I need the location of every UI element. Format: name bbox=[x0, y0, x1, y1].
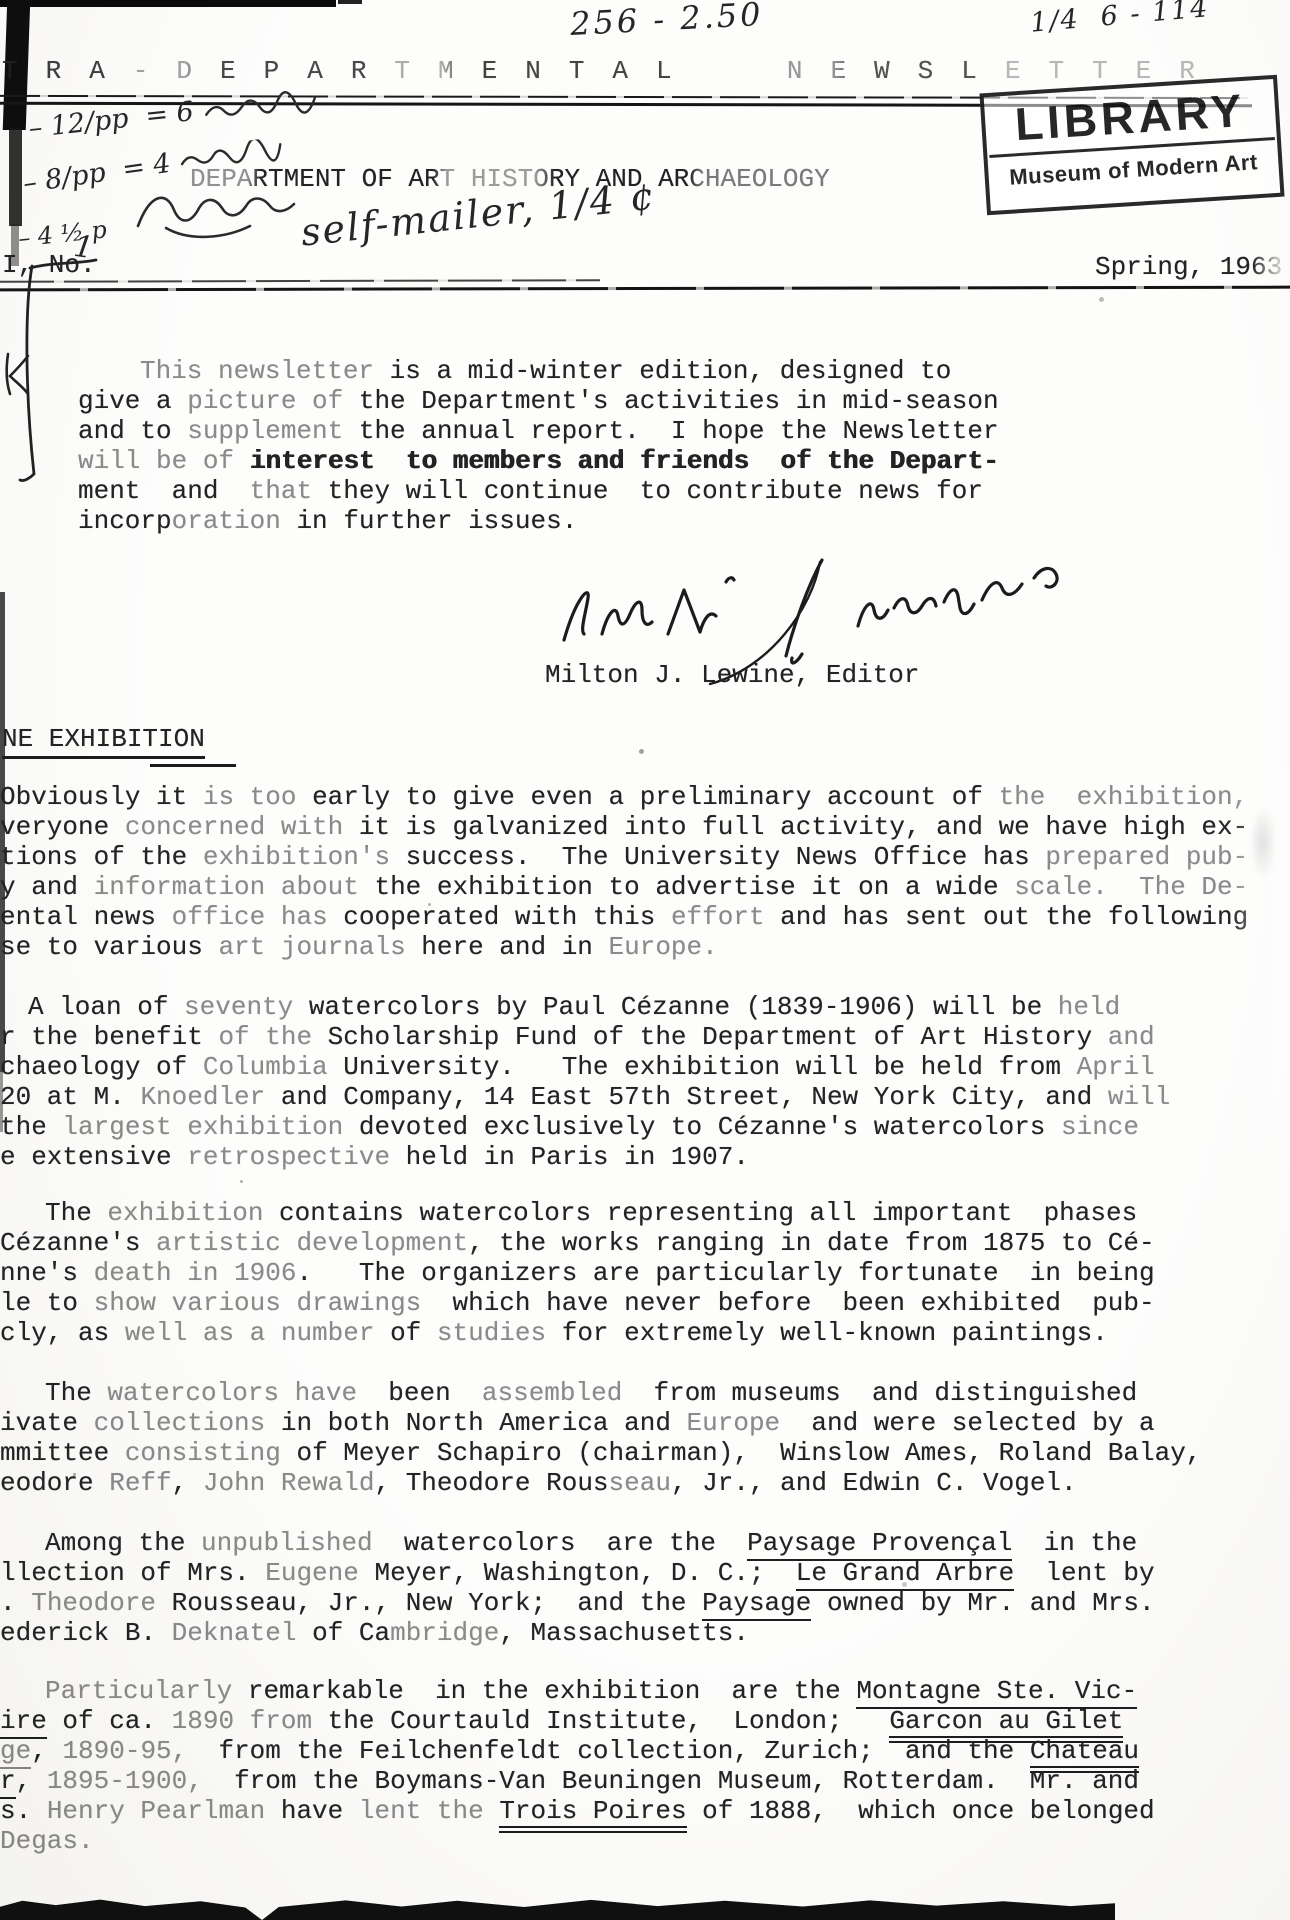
typed-segment: office has bbox=[172, 902, 328, 932]
typed-segment: and bbox=[1108, 1022, 1155, 1052]
typed-line: and to supplement the annual report. I h… bbox=[78, 416, 1088, 446]
typed-line: incorporation in further issues. bbox=[78, 506, 1088, 536]
handwritten-price-note: 256 - 2.50 bbox=[569, 0, 764, 43]
typed-segment: remarkable in the exhibition are the bbox=[232, 1676, 856, 1706]
typed-segment: collections bbox=[94, 1408, 266, 1438]
typed-segment: r the benefit bbox=[0, 1022, 218, 1052]
typed-segment: John Rewald bbox=[203, 1468, 375, 1498]
typed-line: veryone concerned with it is galvanized … bbox=[0, 812, 1290, 842]
typed-segment: concerned with bbox=[125, 812, 343, 842]
typed-segment: Obviously it bbox=[0, 782, 203, 812]
typed-segment: in both North America and bbox=[265, 1408, 686, 1438]
typed-line: This newsletter is a mid-winter edition,… bbox=[78, 356, 1088, 386]
typed-line: ental news office has cooperated with th… bbox=[0, 902, 1290, 932]
typed-segment: since bbox=[1061, 1112, 1139, 1142]
typed-segment: Meyer, Washington, D. C.; bbox=[359, 1558, 796, 1588]
typed-segment: consisting bbox=[125, 1438, 281, 1468]
typed-segment: Europe bbox=[687, 1408, 781, 1438]
typed-segment: ge bbox=[0, 1736, 31, 1769]
typed-segment: that bbox=[250, 476, 312, 506]
typed-segment: in further issues. bbox=[281, 506, 577, 536]
typed-segment: Deknatel bbox=[172, 1618, 297, 1648]
typed-segment: Mr. and bbox=[1030, 1766, 1139, 1796]
typed-segment: will bbox=[1108, 1082, 1170, 1112]
typed-segment: oration bbox=[172, 506, 281, 536]
typed-segment: Trois Poires bbox=[499, 1796, 686, 1833]
typed-segment: success. The University News Office has bbox=[390, 842, 1045, 872]
typed-segment: 1890 from bbox=[172, 1706, 312, 1736]
typed-segment: information about bbox=[94, 872, 359, 902]
body-paragraph-2: A loan of seventy watercolors by Paul Cé… bbox=[0, 992, 1290, 1172]
typed-segment: well as a number bbox=[125, 1318, 375, 1348]
typed-segment: owned by Mr. and Mrs. bbox=[811, 1588, 1154, 1618]
typed-line: Obviously it is too early to give even a… bbox=[0, 782, 1290, 812]
typed-segment: Eugene bbox=[265, 1558, 359, 1588]
typed-segment: it is galvanized into full activity, and… bbox=[343, 812, 1248, 842]
typed-segment: scale. The De- bbox=[1014, 872, 1248, 902]
typed-line: The watercolors have been assembled from… bbox=[0, 1378, 1290, 1408]
typed-segment: The bbox=[45, 1198, 107, 1228]
typed-segment: April bbox=[1077, 1052, 1155, 1082]
typed-line: ire of ca. 1890 from the Courtauld Insti… bbox=[0, 1706, 1290, 1736]
typed-segment: devoted exclusively to Cézanne's waterco… bbox=[343, 1112, 1061, 1142]
typed-line: the largest exhibition devoted exclusive… bbox=[0, 1112, 1290, 1142]
typed-segment: ivate bbox=[0, 1408, 94, 1438]
typed-segment: unpublished bbox=[201, 1528, 373, 1558]
header-rule-lower bbox=[0, 286, 1290, 292]
typed-segment: , Massachusetts. bbox=[499, 1618, 749, 1648]
typed-segment: exhibition bbox=[107, 1198, 263, 1228]
typed-line: cly, as well as a number of studies for … bbox=[0, 1318, 1290, 1348]
typed-line: . Theodore Rousseau, Jr., New York; and … bbox=[0, 1588, 1290, 1618]
typed-segment: artistic development bbox=[156, 1228, 468, 1258]
typed-line: ederick B. Deknatel of Cambridge, Massac… bbox=[0, 1618, 1290, 1648]
typed-line: y and information about the exhibition t… bbox=[0, 872, 1290, 902]
body-paragraph-5: Among the unpublished watercolors are th… bbox=[0, 1528, 1290, 1648]
typed-line: Particularly remarkable in the exhibitio… bbox=[0, 1676, 1290, 1706]
typed-segment: nne's bbox=[0, 1258, 94, 1288]
typed-segment: and Company, 14 East 57th Street, New Yo… bbox=[265, 1082, 1108, 1112]
typed-segment: of Ca bbox=[296, 1618, 390, 1648]
body-paragraph-6: Particularly remarkable in the exhibitio… bbox=[0, 1676, 1290, 1856]
typed-segment: the exhibition to advertise it on a wide bbox=[359, 872, 1014, 902]
dust-specks bbox=[0, 0, 3, 3]
typed-segment: r bbox=[0, 1766, 16, 1799]
library-stamp: LIBRARY Museum of Modern Art bbox=[979, 75, 1284, 215]
typed-segment: ental news bbox=[0, 902, 172, 932]
typed-segment: from museums and distinguished bbox=[622, 1378, 1137, 1408]
typed-segment: . bbox=[0, 1588, 31, 1618]
typed-line: nne's death in 1906. The organizers are … bbox=[0, 1258, 1290, 1288]
typed-segment: Degas. bbox=[0, 1826, 94, 1856]
typed-segment: is a mid-winter edition, designed to bbox=[374, 356, 951, 386]
typed-segment: for extremely well-known paintings. bbox=[546, 1318, 1108, 1348]
typed-segment: exhibition's bbox=[203, 842, 390, 872]
typed-segment: chaeology of bbox=[0, 1052, 203, 1082]
typed-segment: , Theodore Rous bbox=[375, 1468, 609, 1498]
typed-segment: of ca. bbox=[47, 1706, 172, 1736]
typed-segment: watercolors by Paul Cézanne (1839-1906) … bbox=[293, 992, 1058, 1022]
typed-segment: e extensive bbox=[0, 1142, 187, 1172]
typed-segment: of Meyer Schapiro (chairman), Winslow Am… bbox=[281, 1438, 1202, 1468]
typed-segment: eodore bbox=[0, 1468, 109, 1498]
body-paragraph-3: The exhibition contains watercolors repr… bbox=[0, 1198, 1290, 1348]
typed-segment: lent by bbox=[1014, 1558, 1154, 1588]
typed-segment: ment and bbox=[78, 476, 250, 506]
typed-segment: supplement bbox=[187, 416, 343, 446]
typed-segment: give a bbox=[78, 386, 187, 416]
typed-segment: from the Boymans-Van Beuningen Museum, R… bbox=[203, 1766, 1030, 1796]
typed-segment: incorp bbox=[78, 506, 172, 536]
typed-segment: Among the bbox=[45, 1528, 201, 1558]
typed-segment: show various drawings bbox=[94, 1288, 422, 1318]
typed-segment: Le Grand Arbre bbox=[796, 1558, 1014, 1591]
typed-segment: A loan of bbox=[28, 992, 184, 1022]
scan-edge-artifact bbox=[9, 128, 22, 226]
typed-segment: Theodore bbox=[31, 1588, 156, 1618]
typed-segment: Europe. bbox=[609, 932, 718, 962]
typed-segment: Scholarship Fund of the Department of Ar… bbox=[312, 1022, 1108, 1052]
typed-line: ivate collections in both North America … bbox=[0, 1408, 1290, 1438]
typed-line: will be of interest to members and frien… bbox=[78, 446, 1088, 476]
typed-segment: Paysage bbox=[702, 1588, 811, 1621]
typed-line: r, 1895-1900, from the Boymans-Van Beuni… bbox=[0, 1766, 1290, 1796]
editor-byline: Milton J. Lewine, Editor bbox=[545, 660, 919, 690]
typed-segment: seau bbox=[609, 1468, 671, 1498]
typed-segment: Particularly bbox=[45, 1676, 232, 1706]
typed-segment: of bbox=[374, 1318, 436, 1348]
typed-segment: is too bbox=[203, 782, 312, 812]
scanned-newsletter-page: 256 - 2.50 1/4 6 - 114 TRA-DEPARTMENTAL … bbox=[0, 0, 1290, 1920]
typed-line: ment and that they will continue to cont… bbox=[78, 476, 1088, 506]
typed-segment: 20 at M. bbox=[0, 1082, 140, 1112]
typed-segment: from the Feilchenfeldt collection, Zuric… bbox=[187, 1736, 1030, 1766]
typed-segment: Columbia bbox=[203, 1052, 328, 1082]
masthead-title: TRA-DEPARTMENTAL NEWSLETTER bbox=[2, 56, 1223, 86]
typed-segment: have bbox=[265, 1796, 359, 1826]
typed-segment: ederick B. bbox=[0, 1618, 172, 1648]
typed-segment: le to bbox=[0, 1288, 94, 1318]
typed-segment: watercolors are the bbox=[373, 1528, 747, 1558]
typed-segment: will be of bbox=[78, 446, 250, 476]
typed-segment: Paysage Provençal bbox=[747, 1528, 1012, 1561]
scan-bottom-bar bbox=[0, 1896, 1115, 1920]
typed-segment: they will continue to contribute news fo… bbox=[312, 476, 983, 506]
section-heading-text: NE EXHIBITION bbox=[2, 724, 205, 759]
typed-segment: contains watercolors representing all im… bbox=[263, 1198, 1137, 1228]
typed-segment: art journals bbox=[218, 932, 405, 962]
typed-segment: which have never before been exhibited p… bbox=[421, 1288, 1154, 1318]
typed-segment: y and bbox=[0, 872, 94, 902]
typed-segment: and to bbox=[78, 416, 187, 446]
typed-segment: , the works ranging in date from 1875 to… bbox=[468, 1228, 1155, 1258]
scan-edge-artifact bbox=[338, 0, 362, 4]
typed-segment: Rousseau, Jr., New York; and the bbox=[156, 1588, 702, 1618]
margin-scribble-mark bbox=[0, 348, 36, 398]
section-heading: NE EXHIBITION bbox=[2, 724, 205, 754]
typed-line: e extensive retrospective held in Paris … bbox=[0, 1142, 1290, 1172]
typed-line: eodore Reff, John Rewald, Theodore Rouss… bbox=[0, 1468, 1290, 1498]
typed-segment bbox=[484, 1796, 500, 1826]
typed-segment: . The organizers are particularly fortun… bbox=[296, 1258, 1154, 1288]
typed-segment: and has sent out the following bbox=[765, 902, 1249, 932]
typed-segment: cly, as bbox=[0, 1318, 125, 1348]
typed-segment: the Department's activities in mid-seaso… bbox=[343, 386, 998, 416]
typed-segment: The bbox=[45, 1378, 107, 1408]
typed-segment: the bbox=[0, 1112, 62, 1142]
typed-line: mmittee consisting of Meyer Schapiro (ch… bbox=[0, 1438, 1290, 1468]
typed-segment: early to give even a preliminary account… bbox=[312, 782, 999, 812]
typed-line: 20 at M. Knoedler and Company, 14 East 5… bbox=[0, 1082, 1290, 1112]
typed-segment: Cézanne's bbox=[0, 1228, 156, 1258]
typed-segment: picture of bbox=[187, 386, 343, 416]
body-paragraph-4: The watercolors have been assembled from… bbox=[0, 1378, 1290, 1498]
body-paragraph-1: Obviously it is too early to give even a… bbox=[0, 782, 1290, 962]
typed-segment: death in 1906 bbox=[94, 1258, 297, 1288]
typed-segment: here and in bbox=[406, 932, 609, 962]
typed-segment: Montagne Ste. Vic- bbox=[856, 1676, 1137, 1709]
typed-segment: 1890-95, bbox=[62, 1736, 187, 1766]
typed-segment: Reff bbox=[109, 1468, 171, 1498]
typed-segment: assembled bbox=[482, 1378, 622, 1408]
typed-segment: been bbox=[357, 1378, 482, 1408]
typed-segment: This newsletter bbox=[140, 356, 374, 386]
typed-segment: se to various bbox=[0, 932, 218, 962]
typed-line: tions of the exhibition's success. The U… bbox=[0, 842, 1290, 872]
typed-segment: Knoedler bbox=[140, 1082, 265, 1112]
handwritten-accession-note: 1/4 6 - 114 bbox=[1029, 0, 1211, 39]
typed-segment: held bbox=[1058, 992, 1120, 1022]
typed-segment: lent the bbox=[359, 1796, 484, 1826]
typed-segment: in the bbox=[1012, 1528, 1137, 1558]
typed-segment: and were selected by a bbox=[780, 1408, 1154, 1438]
typed-line: llection of Mrs. Eugene Meyer, Washingto… bbox=[0, 1558, 1290, 1588]
typed-segment: , Jr., and Edwin C. Vogel. bbox=[671, 1468, 1077, 1498]
typed-segment: , bbox=[16, 1766, 47, 1796]
date-line: Spring, 1963 bbox=[1095, 252, 1282, 282]
typed-line: s. Henry Pearlman have lent the Trois Po… bbox=[0, 1796, 1290, 1826]
intro-paragraph: This newsletter is a mid-winter edition,… bbox=[78, 356, 1088, 536]
typed-segment: interest to members and friends of the D… bbox=[250, 446, 999, 476]
typed-line: Among the unpublished watercolors are th… bbox=[0, 1528, 1290, 1558]
typed-segment: llection of Mrs. bbox=[0, 1558, 265, 1588]
typed-segment: , bbox=[31, 1736, 62, 1766]
typed-segment: 1895-1900, bbox=[47, 1766, 203, 1796]
typed-line: se to various art journals here and in E… bbox=[0, 932, 1290, 962]
typed-segment: the annual report. I hope the Newsletter bbox=[343, 416, 998, 446]
typed-segment: prepared pub- bbox=[1045, 842, 1248, 872]
typed-line: le to show various drawings which have n… bbox=[0, 1288, 1290, 1318]
typed-segment: largest exhibition bbox=[62, 1112, 343, 1142]
typed-line: r the benefit of the Scholarship Fund of… bbox=[0, 1022, 1290, 1052]
typed-segment: the Courtauld Institute, London; bbox=[312, 1706, 889, 1736]
typed-segment: of 1888, which once belonged bbox=[687, 1796, 1155, 1826]
typed-segment: watercolors have bbox=[107, 1378, 357, 1408]
typed-segment: of the bbox=[218, 1022, 312, 1052]
typed-segment: studies bbox=[437, 1318, 546, 1348]
typed-segment: seventy bbox=[184, 992, 293, 1022]
typed-segment: University. The exhibition will be held … bbox=[328, 1052, 1077, 1082]
typed-segment: the exhibition, bbox=[999, 782, 1249, 812]
typed-line: Cézanne's artistic development, the work… bbox=[0, 1228, 1290, 1258]
typed-segment: s. bbox=[0, 1796, 47, 1826]
typed-segment: mbridge bbox=[390, 1618, 499, 1648]
typed-segment: mmittee bbox=[0, 1438, 125, 1468]
typed-segment: held in Paris in 1907. bbox=[390, 1142, 749, 1172]
typed-segment: retrospective bbox=[187, 1142, 390, 1172]
typed-segment: Henry Pearlman bbox=[47, 1796, 265, 1826]
typed-segment: cooperated with this bbox=[328, 902, 671, 932]
heading-underline-dash bbox=[150, 764, 236, 767]
typed-segment: ire bbox=[0, 1706, 47, 1739]
typed-line: give a picture of the Department's activ… bbox=[78, 386, 1088, 416]
right-edge-fade bbox=[1230, 770, 1290, 1170]
scan-edge-artifact bbox=[0, 0, 336, 7]
typed-line: chaeology of Columbia University. The ex… bbox=[0, 1052, 1290, 1082]
typed-line: The exhibition contains watercolors repr… bbox=[0, 1198, 1290, 1228]
typed-segment: tions of the bbox=[0, 842, 203, 872]
typed-segment: veryone bbox=[0, 812, 125, 842]
typed-segment: effort bbox=[671, 902, 765, 932]
handwriting-squiggle bbox=[200, 86, 322, 124]
typed-line: A loan of seventy watercolors by Paul Cé… bbox=[0, 992, 1290, 1022]
typed-line: ge, 1890-95, from the Feilchenfeldt coll… bbox=[0, 1736, 1290, 1766]
typed-segment: , bbox=[172, 1468, 203, 1498]
